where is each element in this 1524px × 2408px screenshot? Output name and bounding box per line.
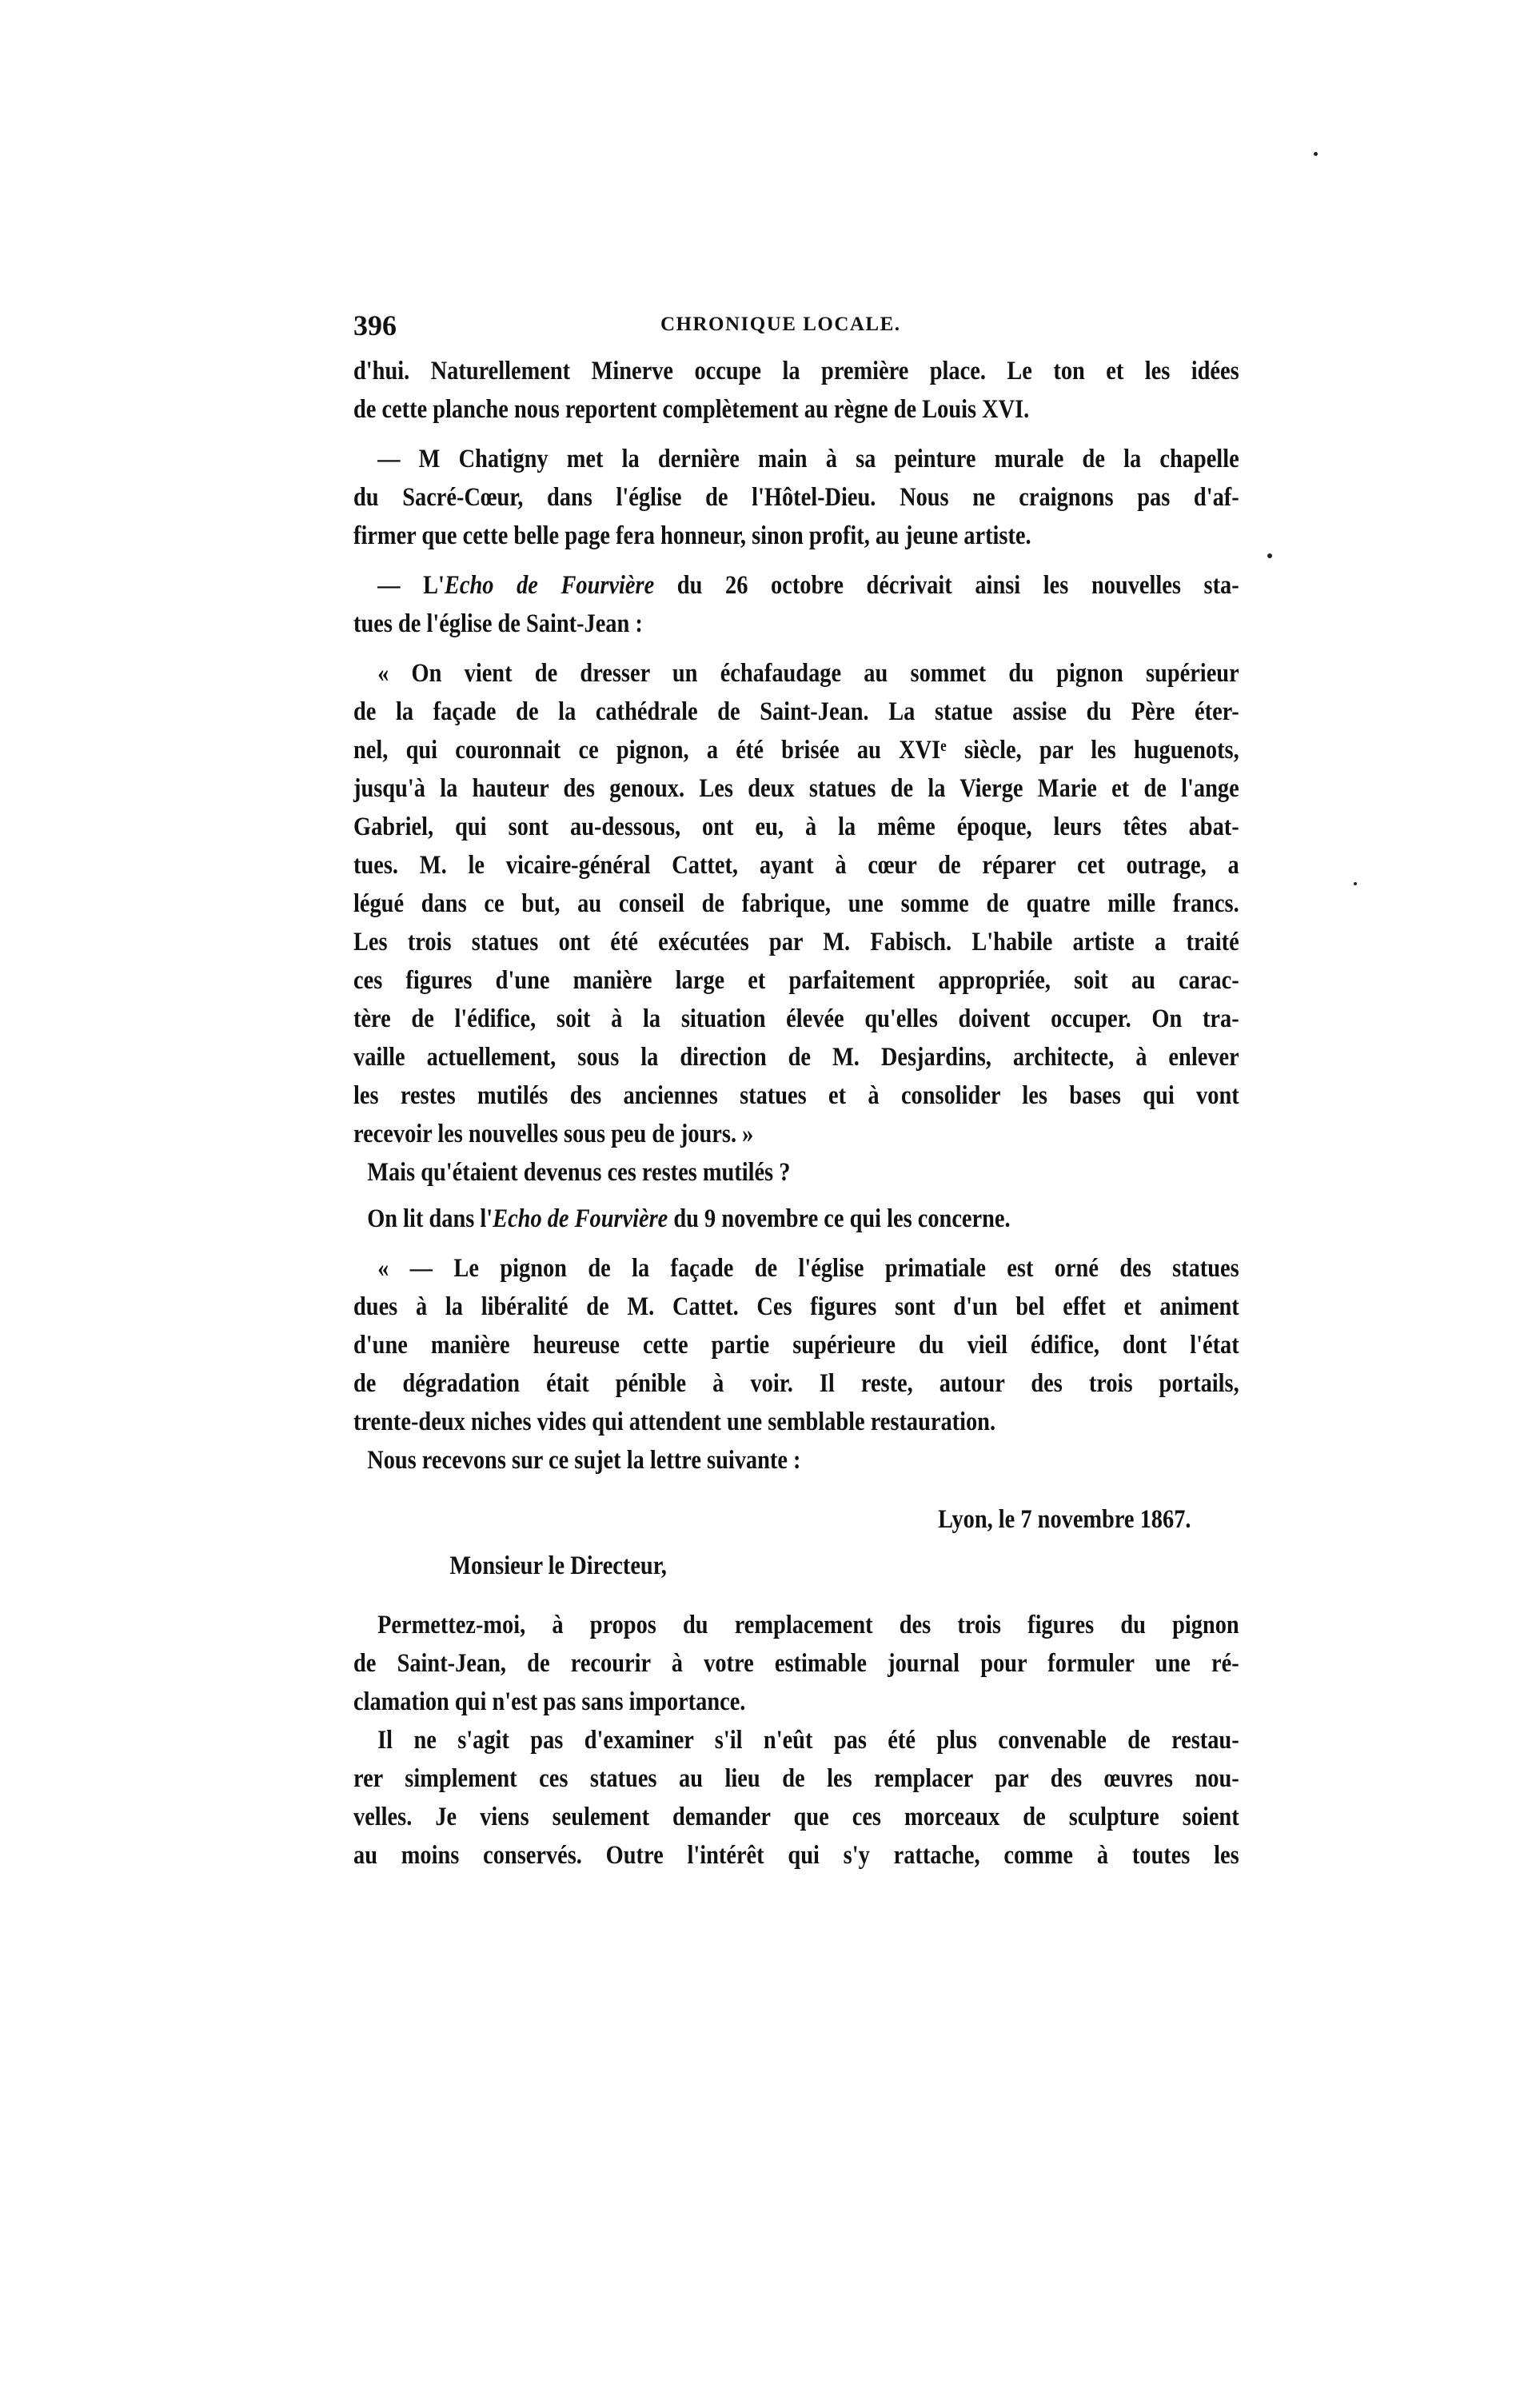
paragraph-echo-9-novembre: On lit dans l'Echo de Fourvière du 9 nov… (353, 1200, 1239, 1238)
text-line: au moins conservés. Outre l'intérêt qui … (353, 1836, 1239, 1875)
text-line: de dégradation était pénible à voir. Il … (353, 1364, 1239, 1403)
text-line: velles. Je viens seulement demander que … (353, 1798, 1239, 1836)
text-line: légué dans ce but, au conseil de fabriqu… (353, 885, 1239, 923)
newspaper-title: Echo de Fourvière (493, 1204, 668, 1233)
text-line: d'une manière heureuse cette partie supé… (353, 1326, 1239, 1364)
text-run: — L' (377, 571, 445, 600)
text-line: jusqu'à la hauteur des genoux. Les deux … (353, 769, 1239, 808)
text-line: ces figures d'une manière large et parfa… (353, 961, 1239, 1000)
text-line: Gabriel, qui sont au-dessous, ont eu, à … (353, 808, 1239, 846)
text-line: Il ne s'agit pas d'examiner s'il n'eût p… (353, 1721, 1239, 1759)
paragraph-quotation-pignon: « — Le pignon de la façade de l'église p… (353, 1249, 1239, 1441)
page-header: 396 CHRONIQUE LOCALE. (353, 309, 1239, 341)
text-line: du Sacré-Cœur, dans l'église de l'Hôtel-… (353, 478, 1239, 517)
text-run: On lit dans l' (367, 1204, 493, 1233)
paragraph-quotation-statues: « On vient de dresser un échafaudage au … (353, 654, 1239, 1153)
text-run: du 9 novembre ce qui les concerne. (668, 1204, 1010, 1233)
text-line: rer simplement ces statues au lieu de le… (353, 1759, 1239, 1798)
letter-date: Lyon, le 7 novembre 1867. (353, 1500, 1239, 1539)
text-run: nel, qui couronnait ce pignon, a été bri… (353, 736, 940, 765)
paragraph-continuation: d'hui. Naturellement Minerve occupe la p… (353, 352, 1239, 429)
scan-speck (1267, 553, 1272, 558)
paragraph-echo-26-octobre: — L'Echo de Fourvière du 26 octobre décr… (353, 566, 1239, 643)
text-line: d'hui. Naturellement Minerve occupe la p… (353, 352, 1239, 390)
scan-speck (1314, 152, 1318, 156)
text-line: Permettez-moi, à propos du remplacement … (353, 1606, 1239, 1644)
text-line: « On vient de dresser un échafaudage au … (353, 654, 1239, 693)
text-line: de la façade de la cathédrale de Saint-J… (353, 693, 1239, 731)
text-line: les restes mutilés des anciennes statues… (353, 1076, 1239, 1115)
text-line: firmer que cette belle page fera honneur… (353, 517, 1239, 555)
paragraph-lettre-intro: Nous recevons sur ce sujet la lettre sui… (353, 1441, 1239, 1480)
body-text: d'hui. Naturellement Minerve occupe la p… (353, 352, 1115, 1875)
text-line: Nous recevons sur ce sujet la lettre sui… (353, 1441, 1239, 1480)
text-line: Les trois statues ont été exécutées par … (353, 923, 1239, 961)
text-line: clamation qui n'est pas sans importance. (353, 1683, 1239, 1721)
text-line: — L'Echo de Fourvière du 26 octobre décr… (353, 566, 1239, 605)
running-title: CHRONIQUE LOCALE. (660, 313, 901, 336)
text-line: — M Chatigny met la dernière main à sa p… (353, 440, 1239, 478)
newspaper-title: Echo de Fourvière (445, 571, 654, 600)
text-line: de cette planche nous reportent complète… (353, 390, 1239, 429)
text-run: du 26 octobre décrivait ainsi les nouvel… (654, 571, 1239, 600)
letter-header: Lyon, le 7 novembre 1867. Monsieur le Di… (353, 1500, 1239, 1585)
page-number: 396 (353, 309, 397, 342)
text-run: siècle, par les huguenots, (947, 736, 1239, 765)
text-line: tues. M. le vicaire-général Cattet, ayan… (353, 846, 1239, 885)
paragraph-il-ne-s-agit: Il ne s'agit pas d'examiner s'il n'eût p… (353, 1721, 1239, 1875)
text-line: tère de l'édifice, soit à la situation é… (353, 1000, 1239, 1038)
text-line: vaille actuellement, sous la direction d… (353, 1038, 1239, 1076)
scanned-page: 396 CHRONIQUE LOCALE. d'hui. Naturelleme… (0, 0, 1524, 2408)
text-line: tues de l'église de Saint-Jean : (353, 605, 1239, 643)
paragraph-permettez-moi: Permettez-moi, à propos du remplacement … (353, 1606, 1239, 1721)
text-line: dues à la libéralité de M. Cattet. Ces f… (353, 1288, 1239, 1326)
paragraph-chatigny: — M Chatigny met la dernière main à sa p… (353, 440, 1239, 555)
text-line: « — Le pignon de la façade de l'église p… (353, 1249, 1239, 1288)
scan-speck (1354, 882, 1357, 885)
text-line: recevoir les nouvelles sous peu de jours… (353, 1115, 1239, 1153)
text-line: de Saint-Jean, de recourir à votre estim… (353, 1644, 1239, 1683)
text-line: trente-deux niches vides qui attendent u… (353, 1403, 1239, 1441)
letter-salutation: Monsieur le Directeur, (353, 1547, 1239, 1585)
text-line: On lit dans l'Echo de Fourvière du 9 nov… (353, 1200, 1239, 1238)
text-line: Mais qu'étaient devenus ces restes mutil… (353, 1153, 1239, 1192)
paragraph-question: Mais qu'étaient devenus ces restes mutil… (353, 1153, 1239, 1192)
text-line: nel, qui couronnait ce pignon, a été bri… (353, 731, 1239, 769)
